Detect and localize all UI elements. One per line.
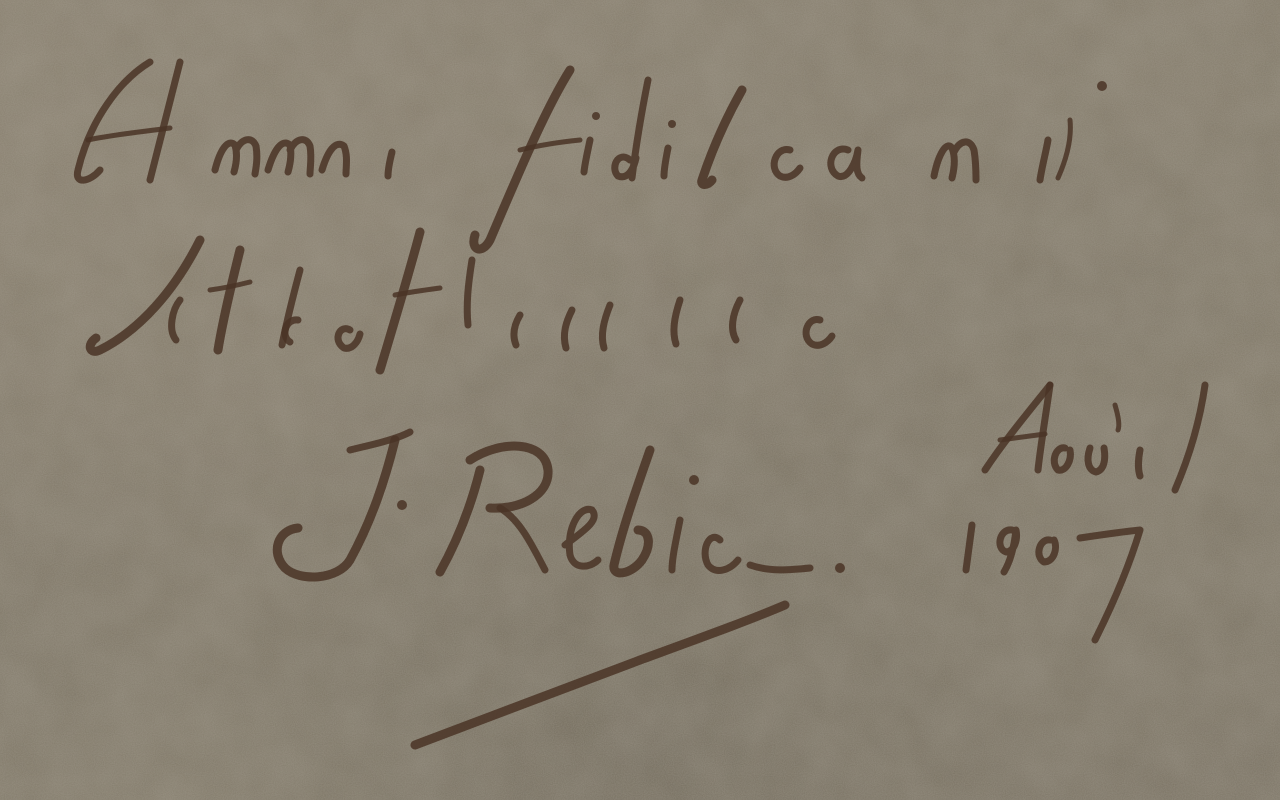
aged-paper-background: Ammi fidil cami Setdefri e J. Rebic Aoû(… (0, 0, 1280, 800)
inscription-line-2 (90, 232, 832, 370)
signature-j-rebic (277, 432, 845, 577)
inscription-line-1 (77, 62, 1107, 249)
handwriting-ink (0, 0, 1280, 800)
date-annotation (966, 385, 1205, 640)
signature-underline-flourish (415, 605, 785, 745)
